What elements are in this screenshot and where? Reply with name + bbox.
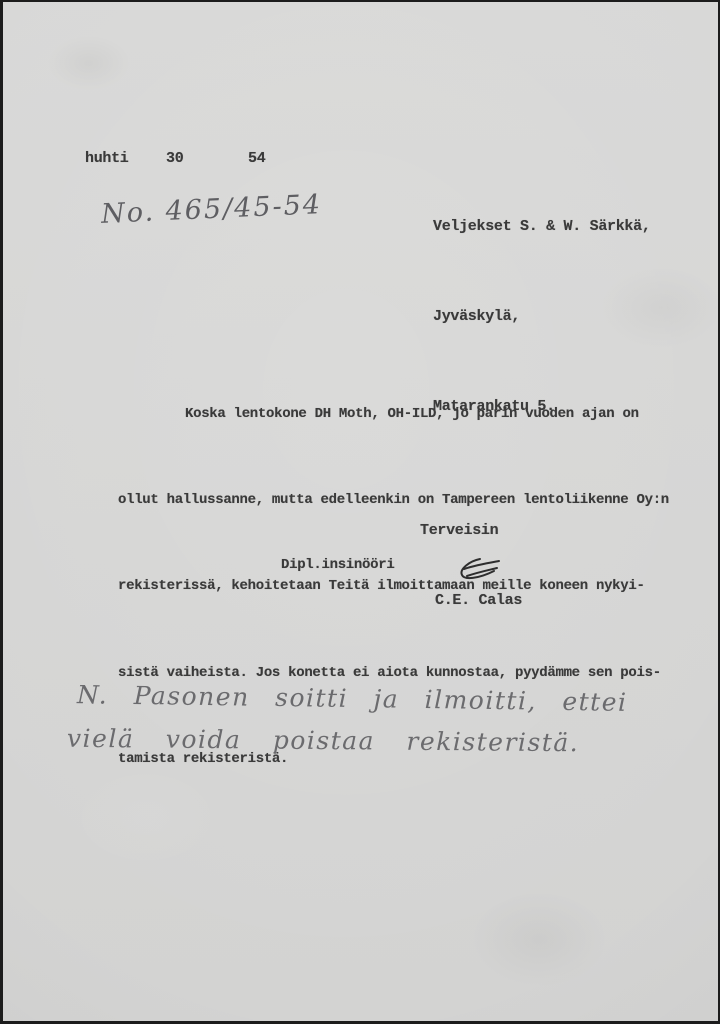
letter-body: Koska lentokone DH Moth, OH-ILD, jo pari… (118, 342, 703, 832)
date-day: 30 (166, 150, 183, 167)
body-line: Koska lentokone DH Moth, OH-ILD, jo pari… (118, 400, 703, 429)
handwritten-note-line-2: vielä voida poistaa rekisteristä. (67, 724, 579, 757)
closing-salutation: Terveisin (420, 522, 498, 539)
reference-number-handwritten: No. 465/45-54 (100, 189, 322, 230)
recipient-line-2: Jyväskylä, (433, 302, 651, 332)
date-month: huhti (85, 150, 129, 167)
signer-name: C.E. Calas (435, 592, 522, 609)
recipient-line-1: Veljekset S. & W. Särkkä, (433, 212, 651, 242)
signer-title: Dipl.insinööri (281, 557, 394, 573)
body-line: ollut hallussanne, mutta edelleenkin on … (118, 486, 703, 515)
body-line: rekisterissä, kehoitetaan Teitä ilmoitta… (118, 572, 703, 601)
scanned-letter-page: huhti 30 54 No. 465/45-54 Veljekset S. &… (0, 0, 720, 1024)
date-year: 54 (248, 150, 265, 167)
signature-initials-mark (450, 556, 502, 588)
